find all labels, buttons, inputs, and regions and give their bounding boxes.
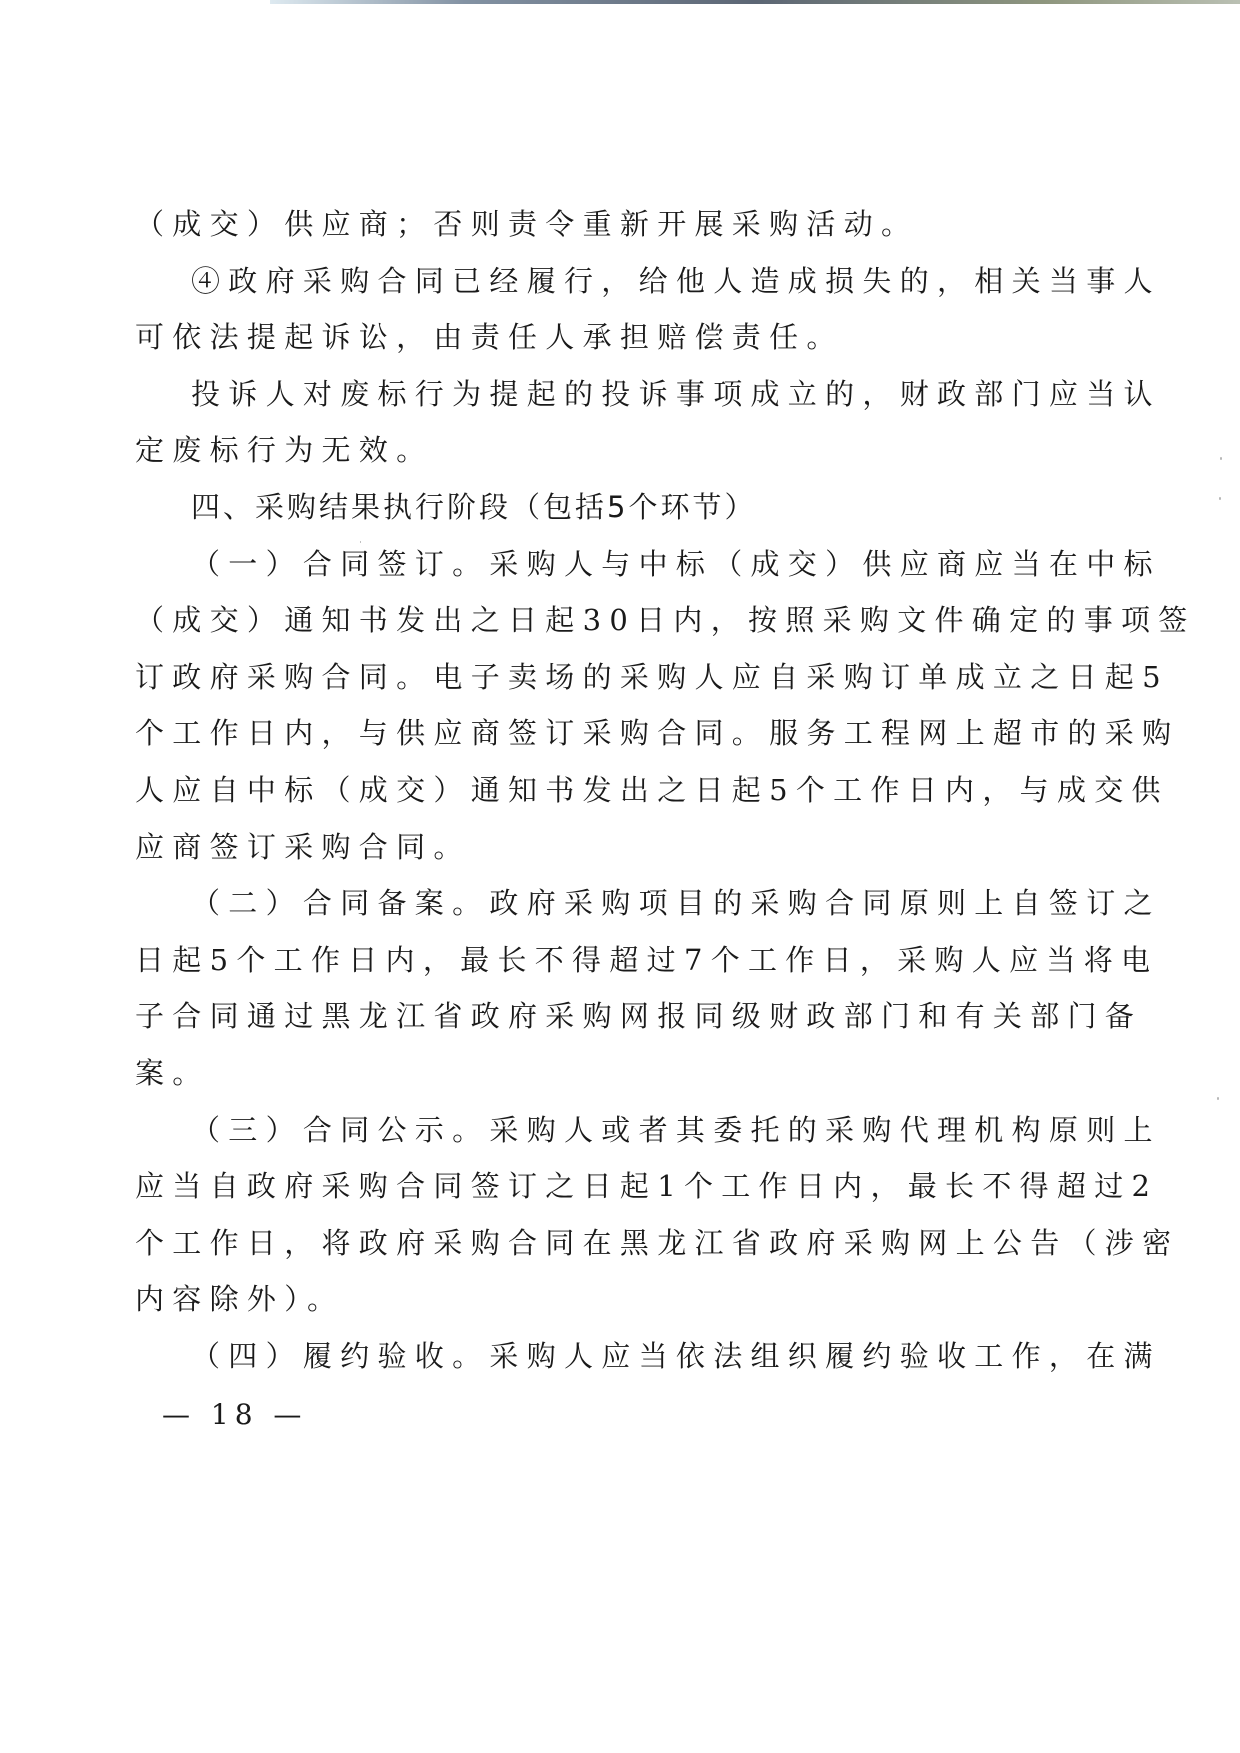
text-line-13: （二）合同备案。政府采购项目的采购合同原则上自签订之 — [135, 875, 957, 932]
document-body: （成交）供应商；否则责令重新开展采购活动。 ④政府采购合同已经履行，给他人造成损… — [135, 196, 957, 1384]
scan-speck — [1220, 457, 1222, 460]
section-heading: 四、采购结果执行阶段（包括5个环节） — [135, 479, 957, 536]
scan-speck — [1217, 1097, 1219, 1100]
text-line-7: （一）合同签订。采购人与中标（成交）供应商应当在中标 — [135, 536, 957, 593]
text-line-4: 投诉人对废标行为提起的投诉事项成立的，财政部门应当认 — [135, 366, 957, 423]
text-line-21: （四）履约验收。采购人应当依法组织履约验收工作，在满 — [135, 1328, 957, 1385]
scan-edge-artifact — [270, 0, 1240, 4]
text-line-19: 个工作日，将政府采购合同在黑龙江省政府采购网上公告（涉密 — [135, 1215, 957, 1272]
text-line-9: 订政府采购合同。电子卖场的采购人应自采购订单成立之日起5 — [135, 649, 957, 706]
text-line-1: （成交）供应商；否则责令重新开展采购活动。 — [135, 196, 957, 253]
text-line-16: 案。 — [135, 1045, 957, 1102]
text-line-15: 子合同通过黑龙江省政府采购网报同级财政部门和有关部门备 — [135, 988, 957, 1045]
text-line-5: 定废标行为无效。 — [135, 422, 957, 479]
text-line-8: （成交）通知书发出之日起30日内，按照采购文件确定的事项签 — [135, 592, 957, 649]
text-line-11: 人应自中标（成交）通知书发出之日起5个工作日内，与成交供 — [135, 762, 957, 819]
text-line-18: 应当自政府采购合同签订之日起1个工作日内，最长不得超过2 — [135, 1158, 957, 1215]
text-line-17: （三）合同公示。采购人或者其委托的采购代理机构原则上 — [135, 1102, 957, 1159]
text-line-2: ④政府采购合同已经履行，给他人造成损失的，相关当事人 — [135, 253, 957, 310]
page-number: — 18 — — [162, 1398, 307, 1431]
text-line-10: 个工作日内，与供应商签订采购合同。服务工程网上超市的采购 — [135, 705, 957, 762]
text-line-12: 应商签订采购合同。 — [135, 819, 957, 876]
text-line-3: 可依法提起诉讼，由责任人承担赔偿责任。 — [135, 309, 957, 366]
scan-speck — [360, 541, 361, 543]
text-line-14: 日起5个工作日内，最长不得超过7个工作日，采购人应当将电 — [135, 932, 957, 989]
scan-speck — [1219, 497, 1221, 500]
text-line-20: 内容除外）。 — [135, 1271, 957, 1328]
